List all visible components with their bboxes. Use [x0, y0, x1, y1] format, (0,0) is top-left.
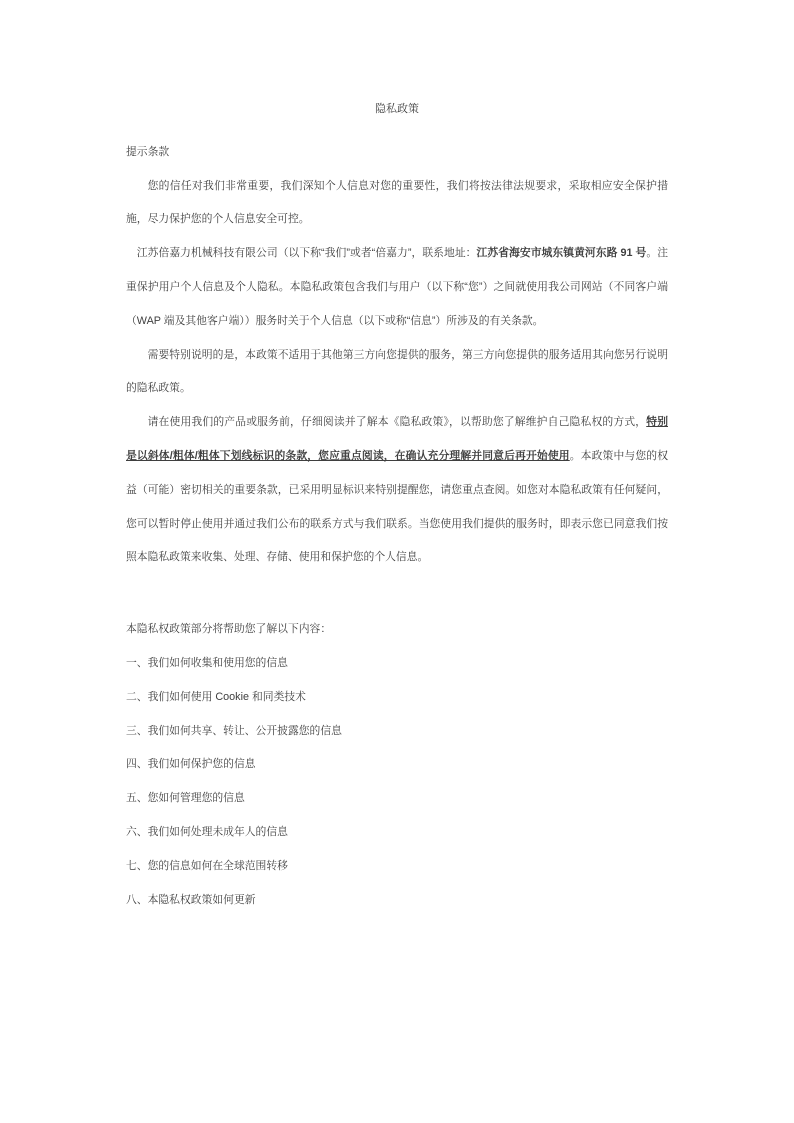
- toc-item-2: 二、我们如何使用 Cookie 和同类技术: [126, 681, 668, 715]
- toc-item-6: 六、我们如何处理未成年人的信息: [126, 816, 668, 850]
- toc-item-7: 七、您的信息如何在全球范围转移: [126, 850, 668, 884]
- toc-intro: 本隐私权政策部分将帮助您了解以下内容：: [126, 613, 668, 647]
- toc-item-8: 八、本隐私权政策如何更新: [126, 884, 668, 918]
- read-before-use-lead: 请在使用我们的产品或服务前，仔细阅读并了解本《隐私政策》，以帮助您了解维护自己隐…: [148, 416, 647, 428]
- toc-item-1: 一、我们如何收集和使用您的信息: [126, 647, 668, 681]
- document-page: 隐私政策 提示条款 您的信任对我们非常重要，我们深知个人信息对您的重要性，我们将…: [0, 0, 794, 1123]
- document-title: 隐私政策: [126, 93, 668, 127]
- paragraph-third-party-notice: 需要特别说明的是，本政策不适用于其他第三方向您提供的服务，第三方向您提供的服务适…: [126, 339, 668, 407]
- company-intro-lead: 江苏倍嘉力机械科技有限公司（以下称“我们”或者“倍嘉力”，联系地址：: [137, 247, 477, 259]
- read-before-use-rest: 。本政策中与您的权益（可能）密切相关的重要条款，已采用明显标识来特别提醒您，请您…: [126, 450, 668, 563]
- toc-item-3: 三、我们如何共享、转让、公开披露您的信息: [126, 715, 668, 749]
- toc-item-4: 四、我们如何保护您的信息: [126, 748, 668, 782]
- paragraph-company-intro: 江苏倍嘉力机械科技有限公司（以下称“我们”或者“倍嘉力”，联系地址：江苏省海安市…: [126, 237, 668, 338]
- paragraph-read-before-use: 请在使用我们的产品或服务前，仔细阅读并了解本《隐私政策》，以帮助您了解维护自己隐…: [126, 406, 668, 575]
- paragraph-trust-statement: 您的信任对我们非常重要，我们深知个人信息对您的重要性，我们将按法律法规要求，采取…: [126, 170, 668, 238]
- company-address-bold: 江苏省海安市城东镇黄河东路 91 号: [477, 247, 647, 259]
- section-heading: 提示条款: [126, 136, 668, 170]
- toc-item-5: 五、您如何管理您的信息: [126, 782, 668, 816]
